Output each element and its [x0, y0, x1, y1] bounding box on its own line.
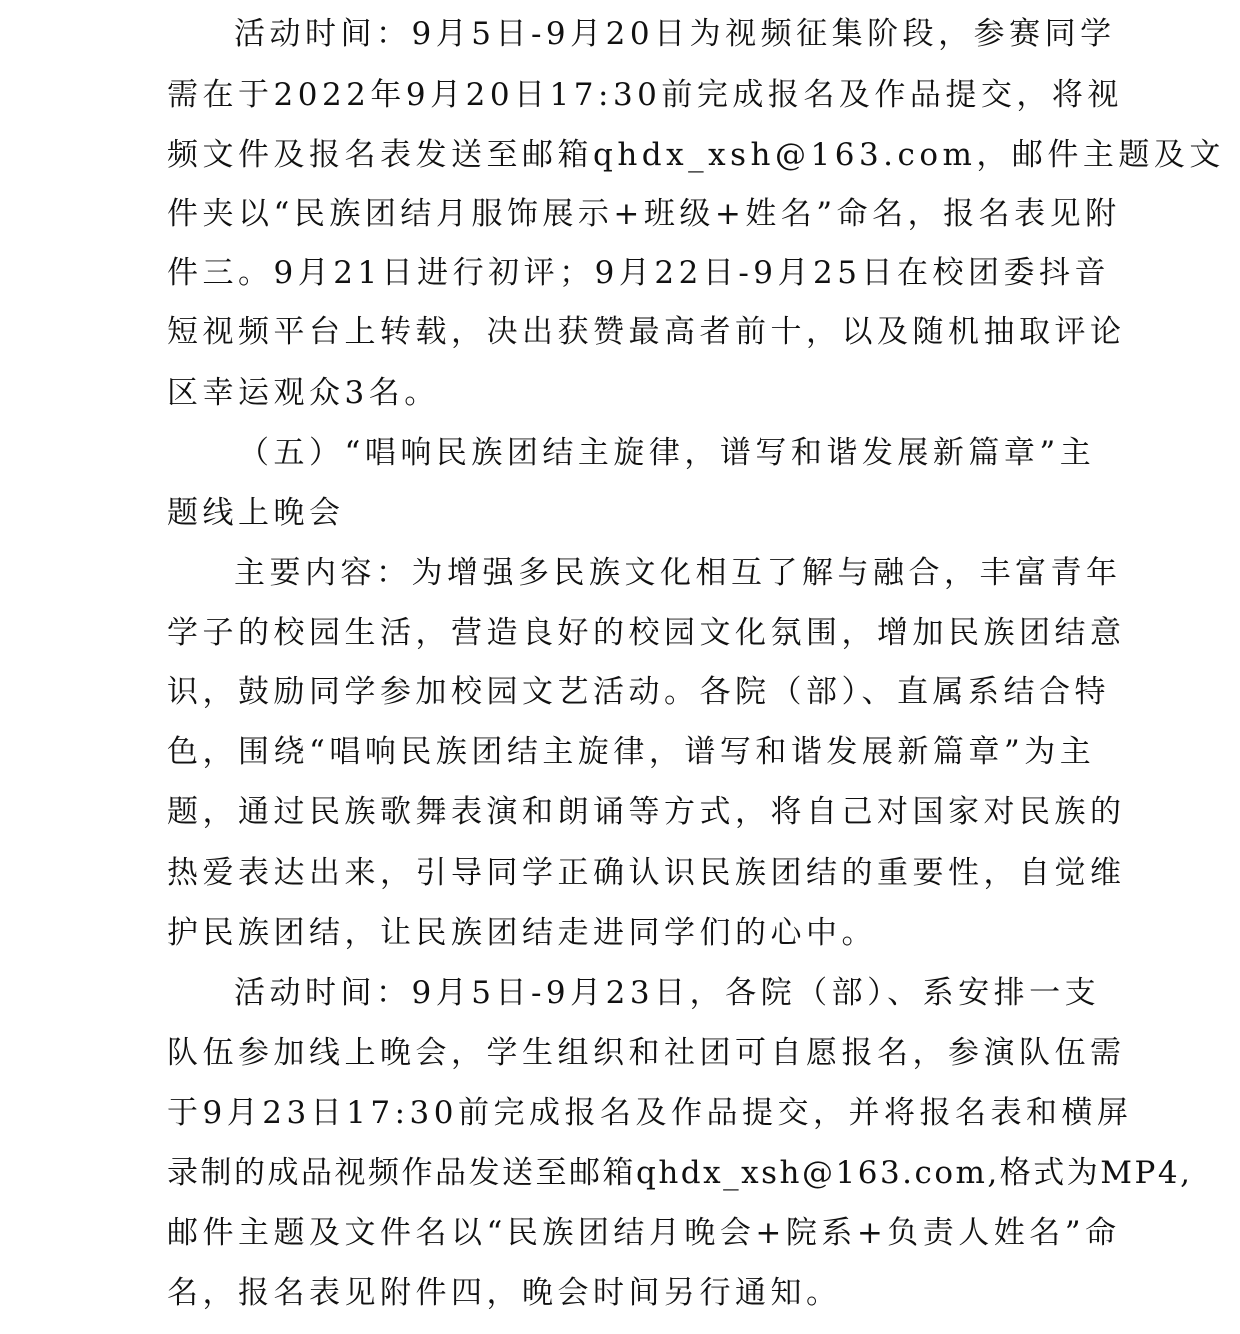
text-line: 队伍参加线上晚会，学生组织和社团可自愿报名，参演队伍需	[167, 1033, 1077, 1073]
text-line: 邮件主题及文件名以“民族团结月晚会+院系+负责人姓名”命	[167, 1213, 1077, 1253]
text-line: 件三。9月21日进行初评；9月22日-9月25日在校团委抖音	[167, 253, 1077, 293]
text-line: 活动时间：9月5日-9月23日，各院（部）、系安排一支	[234, 973, 1079, 1013]
text-line: 于9月23日17:30前完成报名及作品提交，并将报名表和横屏	[167, 1093, 1077, 1133]
text-line: 件夹以“民族团结月服饰展示+班级+姓名”命名，报名表见附	[167, 194, 1077, 234]
text-line: 录制的成品视频作品发送至邮箱qhdx_xsh@163.com,格式为MP4,	[167, 1153, 1077, 1193]
text-line: 需在于2022年9月20日17:30前完成报名及作品提交，将视	[167, 75, 1077, 115]
text-line: 名，报名表见附件四，晚会时间另行通知。	[167, 1273, 1077, 1313]
text-line: 热爱表达出来，引导同学正确认识民族团结的重要性，自觉维	[167, 853, 1077, 893]
text-line: 识，鼓励同学参加校园文艺活动。各院（部）、直属系结合特	[167, 672, 1077, 712]
text-line: 主要内容：为增强多民族文化相互了解与融合，丰富青年	[234, 553, 1079, 593]
text-line: 频文件及报名表发送至邮箱qhdx_xsh@163.com，邮件主题及文	[167, 135, 1077, 175]
text-line: 活动时间：9月5日-9月20日为视频征集阶段，参赛同学	[234, 14, 1079, 54]
text-line: 区幸运观众3名。	[167, 373, 1077, 413]
text-line: 学子的校园生活，营造良好的校园文化氛围，增加民族团结意	[167, 613, 1077, 653]
heading-line: （五）“唱响民族团结主旋律，谱写和谐发展新篇章”主	[238, 433, 1148, 473]
heading-line: 题线上晚会	[167, 493, 1077, 533]
text-line: 色，围绕“唱响民族团结主旋律，谱写和谐发展新篇章”为主	[167, 732, 1077, 772]
document-page: 活动时间：9月5日-9月20日为视频征集阶段，参赛同学 需在于2022年9月20…	[0, 0, 1240, 1334]
text-line: 护民族团结，让民族团结走进同学们的心中。	[167, 913, 1077, 953]
text-line: 题，通过民族歌舞表演和朗诵等方式，将自己对国家对民族的	[167, 792, 1077, 832]
text-line: 短视频平台上转载，决出获赞最高者前十，以及随机抽取评论	[167, 312, 1077, 352]
